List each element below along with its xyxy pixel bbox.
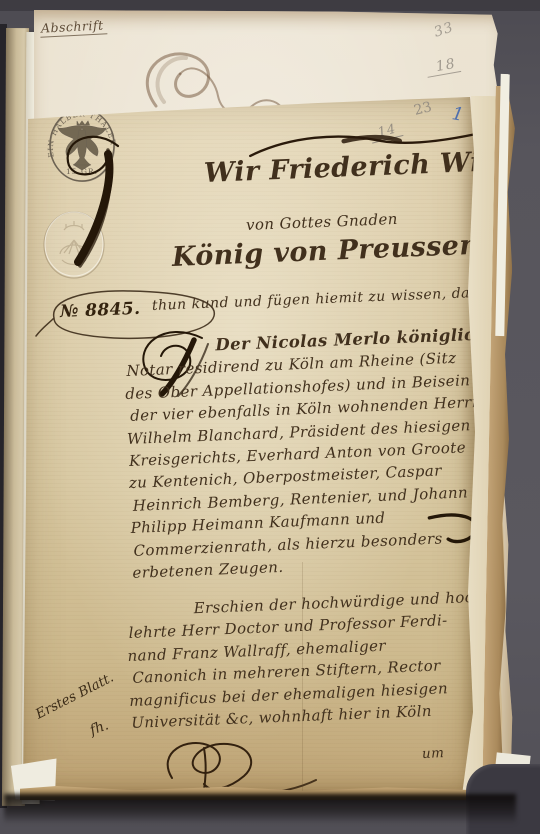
by-grace-of-god-line: von Gottes Gnaden [246,210,398,234]
scan-bottom-shadow [4,794,516,824]
margin-paraph-initials: fh. [88,717,111,738]
paper-crease [302,562,303,794]
blue-folio-number: 1 [450,103,465,126]
manuscript-page: EIN HALBER THALER 15 GR. 23 1 14 [18,92,480,804]
scan-top-shadow [0,0,540,11]
document-number: № 8845. [60,299,141,322]
margin-note-erstes-blatt: Erstes Blatt. [33,670,116,723]
catchword: um [422,745,445,762]
archivist-note: Abschrift [40,17,107,37]
pencil-folio-number: 18 [425,55,461,78]
pencil-folio-number: 23 [412,99,433,119]
pencil-folio-number: 33 [432,19,456,40]
archival-document-scan: Abschrift 33 18 EIN HALBER THALER 15 GR. [0,0,540,834]
appearance-paragraph: Erschien der hochwürdige und hochge- leh… [125,586,482,734]
opening-pen-flourish [56,132,156,277]
